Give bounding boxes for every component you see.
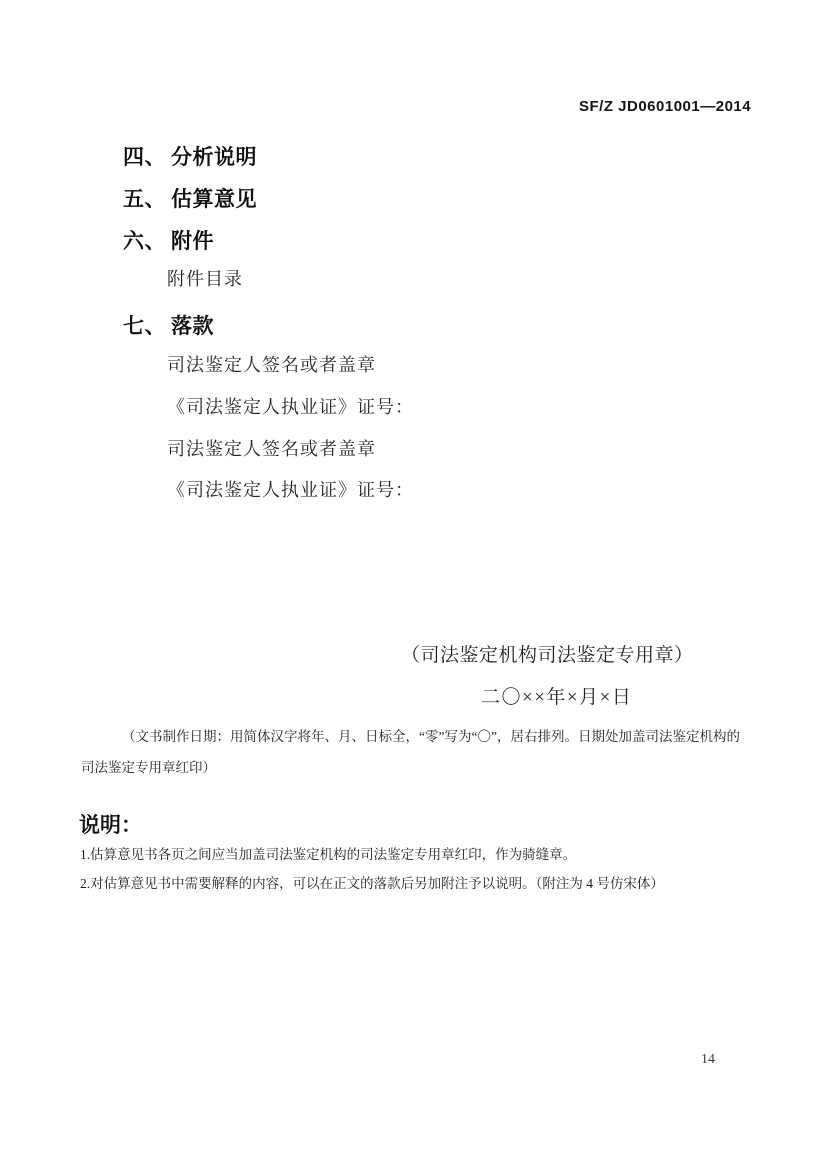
document-page: SF/Z JD0601001—2014 四、分析说明 五、估算意见 六、附件 附… bbox=[0, 0, 827, 1169]
date-format-note: （文书制作日期：用简体汉字将年、月、日标全，“零”写为“〇”，居右排列。日期处加… bbox=[81, 721, 741, 783]
doc-number: SF/Z JD0601001—2014 bbox=[579, 98, 751, 117]
heading-number: 五、 bbox=[123, 188, 166, 211]
note-item-1: 1.估算意见书各页之间应当加盖司法鉴定机构的司法鉴定专用章红印，作为骑缝章。 bbox=[80, 847, 576, 864]
signature-line-2: 司法鉴定人签名或者盖章 bbox=[167, 438, 376, 461]
heading-section-6-attachments: 六、附件 bbox=[123, 229, 214, 255]
note-item-2: 2.对估算意见书中需要解释的内容，可以在正文的落款后另加附注予以说明。（附注为 … bbox=[80, 876, 664, 893]
heading-number: 六、 bbox=[123, 230, 166, 253]
heading-title: 落款 bbox=[171, 315, 214, 338]
date-placeholder-line: 二〇××年×月×日 bbox=[481, 686, 632, 710]
heading-number: 七、 bbox=[123, 315, 166, 338]
attachment-catalog-line: 附件目录 bbox=[167, 268, 243, 291]
stamp-placeholder-line: （司法鉴定机构司法鉴定专用章） bbox=[401, 644, 694, 668]
heading-title: 估算意见 bbox=[171, 188, 257, 211]
license-number-line-2: 《司法鉴定人执业证》证号： bbox=[167, 479, 414, 502]
heading-section-5-opinion: 五、估算意见 bbox=[123, 187, 257, 213]
license-number-line-1: 《司法鉴定人执业证》证号： bbox=[167, 396, 414, 419]
signature-line-1: 司法鉴定人签名或者盖章 bbox=[167, 354, 376, 377]
heading-section-7-signoff: 七、落款 bbox=[123, 314, 214, 340]
page-number: 14 bbox=[701, 1051, 715, 1069]
heading-section-4-analysis: 四、分析说明 bbox=[123, 145, 257, 171]
heading-title: 附件 bbox=[171, 230, 214, 253]
heading-title: 分析说明 bbox=[171, 146, 257, 169]
notes-section-title: 说明： bbox=[79, 813, 142, 839]
heading-number: 四、 bbox=[123, 146, 166, 169]
